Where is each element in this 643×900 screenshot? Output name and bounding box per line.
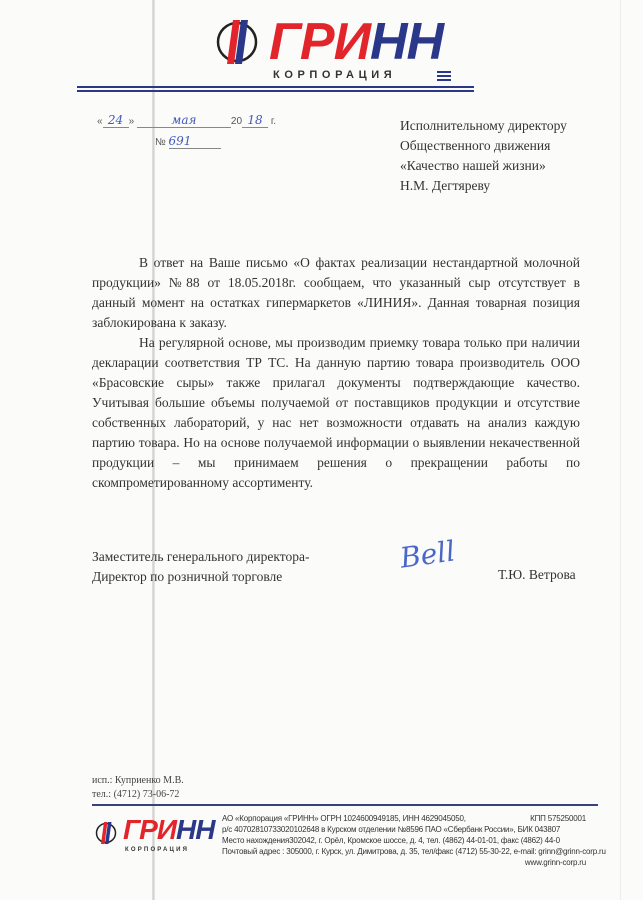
logo-bars-icon	[437, 71, 451, 83]
company-logo: ГРИНН КОРПОРАЦИЯ	[215, 14, 475, 86]
company-website: www.grinn-corp.ru	[222, 857, 586, 868]
date-month: мая	[137, 113, 231, 128]
logo-subtitle: КОРПОРАЦИЯ	[273, 69, 396, 81]
grinn-emblem-icon	[215, 20, 259, 64]
date-day: 24	[103, 113, 129, 128]
date-year: 18	[242, 113, 268, 128]
footer-logo-subtitle: КОРПОРАЦИЯ	[125, 847, 189, 853]
letter-date: «24» мая2018 г.	[97, 113, 276, 128]
signatory-name: Т.Ю. Ветрова	[498, 567, 576, 583]
handwritten-signature: Bell	[398, 534, 457, 574]
letter-number: № 691	[155, 134, 221, 149]
addressee-block: Исполнительному директору Общественного …	[400, 116, 567, 196]
letter-page: ГРИНН КОРПОРАЦИЯ «24» мая2018 г. № 691 И…	[0, 0, 643, 900]
footer-rule	[92, 804, 598, 806]
letter-body: В ответ на Ваше письмо «О фактах реализа…	[92, 253, 580, 493]
body-paragraph: На регулярной основе, мы производим прие…	[92, 333, 580, 493]
signatory-title: Заместитель генерального директора- Дире…	[92, 547, 309, 587]
paper-edge-line	[620, 0, 621, 900]
grinn-emblem-icon	[95, 822, 117, 844]
letter-number-value: 691	[169, 134, 221, 149]
executor-info: исп.: Куприенко М.В. тел.: (4712) 73-06-…	[92, 774, 184, 802]
company-requisites: АО «Корпорация «ГРИНН» ОГРН 102460094918…	[222, 813, 586, 868]
logo-wordmark: ГРИНН	[269, 12, 443, 72]
header-double-rule	[77, 86, 474, 94]
footer-logo: ГРИНН КОРПОРАЦИЯ	[95, 820, 220, 860]
footer-logo-wordmark: ГРИНН	[123, 814, 214, 846]
body-paragraph: В ответ на Ваше письмо «О фактах реализа…	[92, 253, 580, 333]
